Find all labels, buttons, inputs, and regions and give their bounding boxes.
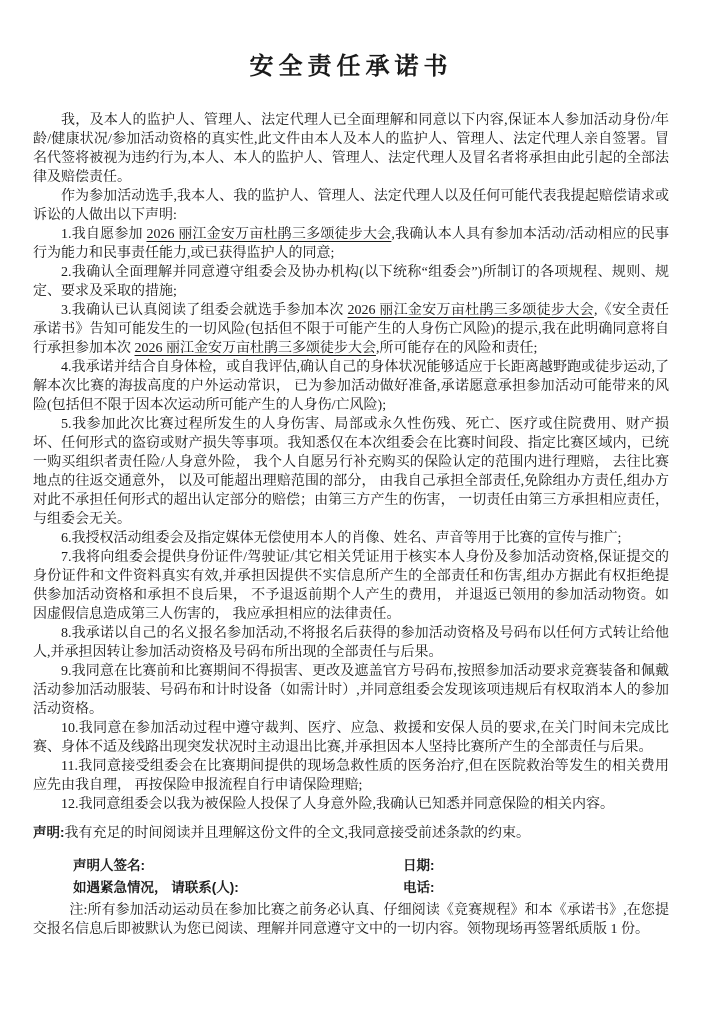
clause-8: 8.我承诺以自己的名义报名参加活动,不将报名后获得的参加活动资格及号码布以任何方… <box>33 624 669 662</box>
text-segment: 我有充足的时间阅读并且理解这份文件的全文,我同意接受前述条款的约束。 <box>65 826 531 841</box>
signature-row: 声明人签名: 日期: <box>33 855 669 877</box>
bold-label: 声明: <box>33 825 65 840</box>
note-paragraph: 注:所有参加活动运动员在参加比赛之前务必认真、仔细阅读《竞赛规程》和本《承诺书》… <box>33 901 669 939</box>
emergency-contact-row: 如遇紧急情况， 请联系(人): 电话: <box>33 877 669 899</box>
text-segment: 5.我参加此次比赛过程所发生的人身伤害、局部或永久性伤残、死亡、医疗或住院费用、… <box>33 417 669 527</box>
emergency-contact-label: 如遇紧急情况， 请联系(人): <box>73 880 239 895</box>
clause-7: 7.我将向组委会提供身份证件/驾驶证/其它相关凭证用于核实本人身份及参加活动资格… <box>33 548 669 624</box>
event-name-underlined: 2026 丽江金安万亩杜鹃三多颂徒步大会 <box>146 227 391 242</box>
text-segment: 注:所有参加活动运动员在参加比赛之前务必认真、仔细阅读《竞赛规程》和本《承诺书》… <box>33 903 669 937</box>
clause-11: 11.我同意接受组委会在比赛期间提供的现场急救性质的医务治疗,但在医院救治等发生… <box>33 757 669 795</box>
clause-3: 3.我确认已认真阅读了组委会就选手参加本次 2026 丽江金安万亩杜鹃三多颂徒步… <box>33 301 669 358</box>
intro-paragraph-1: 我，及本人的监护人、管理人、法定代理人已全面理解和同意以下内容,保证本人参加活动… <box>33 111 669 187</box>
signer-signature-label: 声明人签名: <box>73 858 145 873</box>
commitment-letter-page: 安全责任承诺书 我，及本人的监护人、管理人、法定代理人已全面理解和同意以下内容,… <box>0 0 702 1015</box>
clause-10: 10.我同意在参加活动过程中遵守裁判、医疗、应急、救援和安保人员的要求,在关门时… <box>33 719 669 757</box>
text-segment: 作为参加活动选手,我本人、我的监护人、管理人、法定代理人以及任何可能代表我提起赔… <box>33 189 669 223</box>
text-segment: 4.我承诺并结合自身体检，或自我评估,确认自己的身体状况能够适应于长距离越野跑或… <box>33 360 669 413</box>
text-segment: 12.我同意组委会以我为被保险人投保了人身意外险,我确认已知悉并同意保险的相关内… <box>61 797 614 812</box>
declaration-paragraph: 声明:我有充足的时间阅读并且理解这份文件的全文,我同意接受前述条款的约束。 <box>33 823 669 843</box>
text-segment: 8.我承诺以自己的名义报名参加活动,不将报名后获得的参加活动资格及号码布以任何方… <box>33 626 669 660</box>
document-title: 安全责任承诺书 <box>33 46 669 81</box>
text-segment: 9.我同意在比赛前和比赛期间不得损害、更改及遮盖官方号码布,按照参加活动要求竞赛… <box>33 664 669 717</box>
event-name-underlined: 2026 丽江金安万亩杜鹃三多颂徒步大会 <box>135 341 377 356</box>
phone-label: 电话: <box>403 877 435 899</box>
text-segment: 6.我授权活动组委会及指定媒体无偿使用本人的肖像、姓名、声音等用于比赛的宣传与推… <box>61 531 621 546</box>
clause-4: 4.我承诺并结合自身体检，或自我评估,确认自己的身体状况能够适应于长距离越野跑或… <box>33 358 669 415</box>
event-name-underlined: 2026 丽江金安万亩杜鹃三多颂徒步大会 <box>348 303 594 318</box>
text-segment: 7.我将向组委会提供身份证件/驾驶证/其它相关凭证用于核实本人身份及参加活动资格… <box>33 550 669 622</box>
clause-6: 6.我授权活动组委会及指定媒体无偿使用本人的肖像、姓名、声音等用于比赛的宣传与推… <box>33 529 669 548</box>
clause-5: 5.我参加此次比赛过程所发生的人身伤害、局部或永久性伤残、死亡、医疗或住院费用、… <box>33 415 669 529</box>
document-body: 我，及本人的监护人、管理人、法定代理人已全面理解和同意以下内容,保证本人参加活动… <box>33 111 669 843</box>
intro-paragraph-2: 作为参加活动选手,我本人、我的监护人、管理人、法定代理人以及任何可能代表我提起赔… <box>33 187 669 225</box>
clause-1: 1.我自愿参加 2026 丽江金安万亩杜鹃三多颂徒步大会,我确认本人具有参加本活… <box>33 225 669 263</box>
text-segment: 3.我确认已认真阅读了组委会就选手参加本次 <box>61 303 348 318</box>
text-segment: 1.我自愿参加 <box>61 227 146 242</box>
date-label: 日期: <box>403 855 435 877</box>
text-segment: 2.我确认全面理解并同意遵守组委会及协办机构(以下统称“组委会”)所制订的各项规… <box>33 265 669 299</box>
text-segment: 10.我同意在参加活动过程中遵守裁判、医疗、应急、救援和安保人员的要求,在关门时… <box>33 721 669 755</box>
clause-9: 9.我同意在比赛前和比赛期间不得损害、更改及遮盖官方号码布,按照参加活动要求竞赛… <box>33 662 669 719</box>
text-segment: 11.我同意接受组委会在比赛期间提供的现场急救性质的医务治疗,但在医院救治等发生… <box>33 759 669 793</box>
clause-12: 12.我同意组委会以我为被保险人投保了人身意外险,我确认已知悉并同意保险的相关内… <box>33 795 669 814</box>
document-note: 注:所有参加活动运动员在参加比赛之前务必认真、仔细阅读《竞赛规程》和本《承诺书》… <box>33 901 669 939</box>
text-segment: ,所可能存在的风险和责任; <box>376 341 537 356</box>
text-segment: 我，及本人的监护人、管理人、法定代理人已全面理解和同意以下内容,保证本人参加活动… <box>33 113 669 185</box>
signature-block: 声明人签名: 日期: 如遇紧急情况， 请联系(人): 电话: <box>33 855 669 899</box>
clause-2: 2.我确认全面理解并同意遵守组委会及协办机构(以下统称“组委会”)所制订的各项规… <box>33 263 669 301</box>
